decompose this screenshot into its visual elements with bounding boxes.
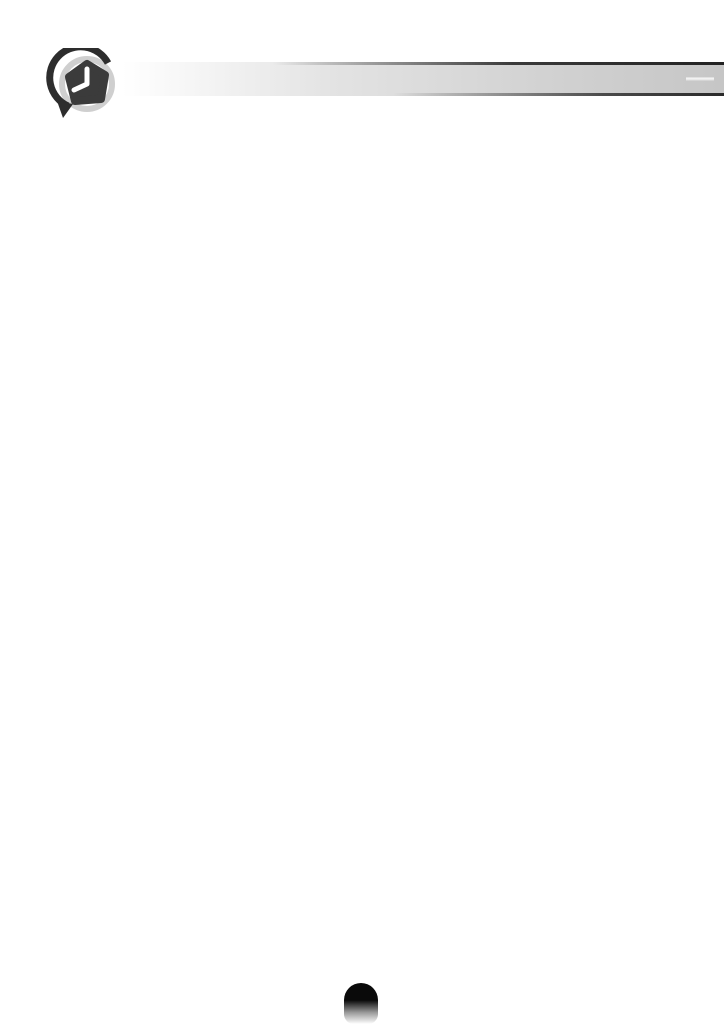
roster-heading — [642, 130, 660, 550]
events-heading — [614, 555, 632, 985]
document-page — [0, 0, 724, 1024]
header-banner — [122, 62, 724, 96]
page-title — [686, 78, 714, 81]
page-number-badge — [344, 983, 378, 1024]
roster-top-section — [40, 130, 660, 550]
events-section — [614, 555, 632, 985]
history-clock-icon — [46, 48, 124, 126]
roster-bottom-section — [40, 555, 660, 985]
